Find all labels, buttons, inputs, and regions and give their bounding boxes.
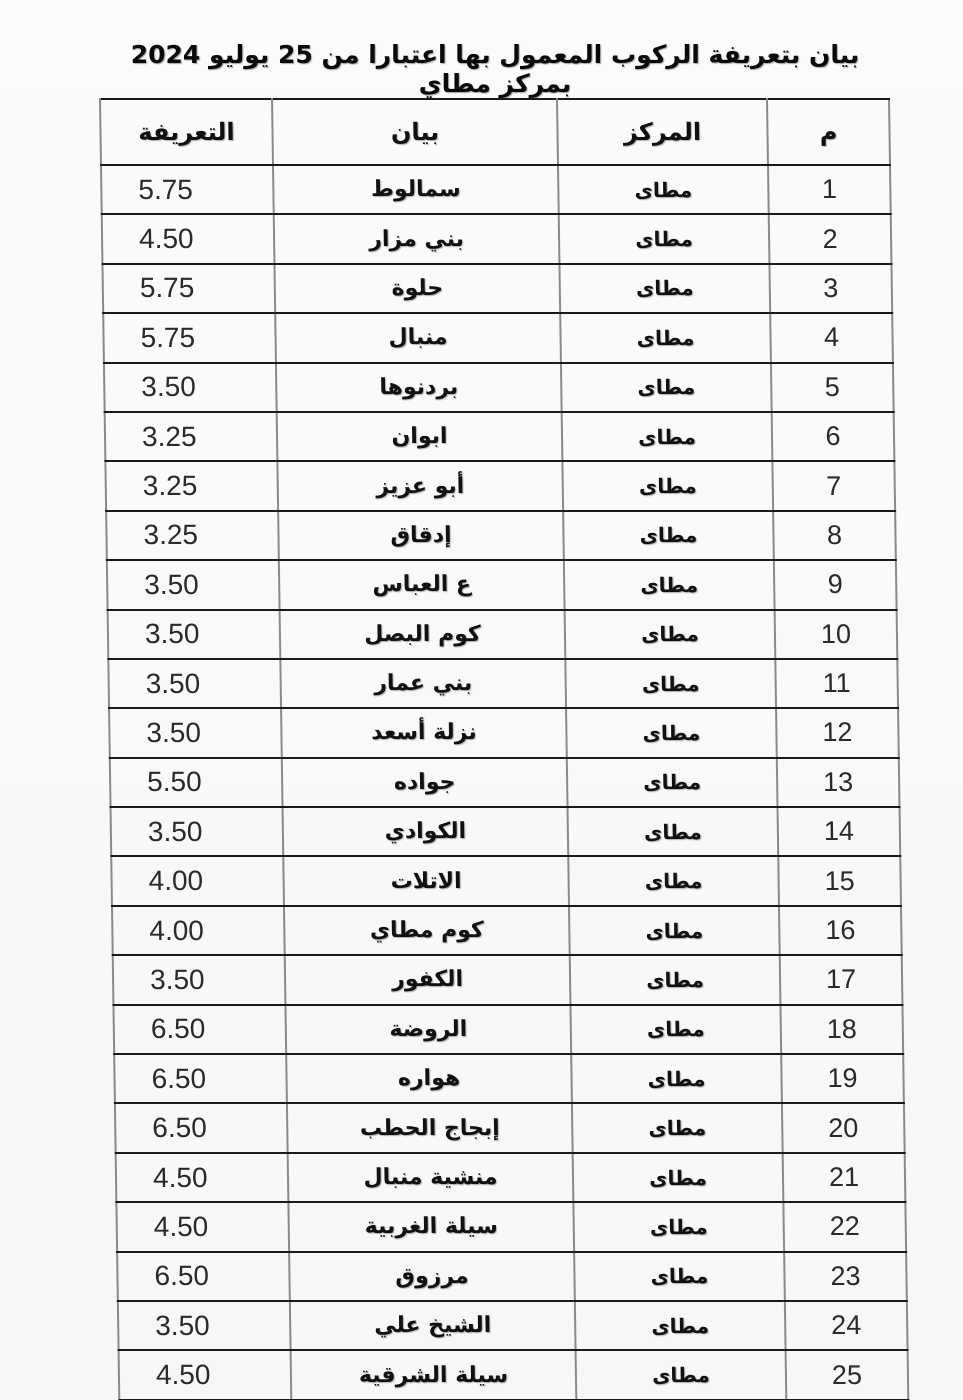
- row-statement: الكوادي: [283, 807, 569, 856]
- row-fare: 3.25: [105, 412, 278, 461]
- row-statement: هواره: [286, 1054, 572, 1103]
- row-statement: كوم مطاي: [284, 906, 570, 955]
- row-center: مطاى: [571, 1054, 782, 1103]
- table-row: 3مطاىحلوة5.75: [102, 264, 892, 313]
- row-index: 10: [775, 610, 898, 659]
- row-center: مطاى: [565, 610, 776, 659]
- row-index: 24: [785, 1301, 908, 1350]
- table-row: 10مطاىكوم البصل3.50: [108, 610, 898, 659]
- row-index: 23: [784, 1252, 907, 1301]
- row-statement: حلوة: [274, 264, 560, 313]
- row-center: مطاى: [564, 560, 775, 609]
- row-index: 15: [778, 856, 901, 905]
- row-statement: سيلة الشرقية: [291, 1350, 577, 1399]
- row-statement: بني عمار: [280, 659, 566, 708]
- row-center: مطاى: [560, 313, 771, 362]
- row-fare: 6.50: [113, 1005, 286, 1054]
- table-row: 11مطاىبني عمار3.50: [108, 659, 898, 708]
- row-center: مطاى: [570, 955, 781, 1004]
- header-index: م: [767, 99, 890, 165]
- row-statement: إدقاق: [278, 511, 564, 560]
- row-fare: 3.50: [104, 363, 277, 412]
- table-row: 4مطاىمنبال5.75: [103, 313, 893, 362]
- row-center: مطاى: [562, 412, 773, 461]
- row-center: مطاى: [572, 1103, 783, 1152]
- row-index: 4: [770, 313, 893, 362]
- row-center: مطاى: [566, 708, 777, 757]
- row-index: 18: [780, 1005, 903, 1054]
- table-row: 2مطاىبني مزار4.50: [102, 214, 892, 263]
- row-center: مطاى: [570, 1005, 781, 1054]
- table-row: 7مطاىأبو عزيز3.25: [105, 461, 895, 510]
- row-center: مطاى: [562, 461, 773, 510]
- row-center: مطاى: [565, 659, 776, 708]
- row-statement: بردنوها: [276, 363, 562, 412]
- row-statement: سمالوط: [273, 165, 559, 214]
- row-statement: إبجاج الحطب: [287, 1103, 573, 1152]
- row-index: 25: [786, 1350, 909, 1399]
- header-fare: التعريفة: [100, 99, 273, 165]
- row-center: مطاى: [568, 856, 779, 905]
- header-row: م المركز بيان التعريفة: [100, 99, 890, 165]
- table-row: 23مطاىمرزوق6.50: [117, 1252, 907, 1301]
- row-statement: كوم البصل: [280, 610, 566, 659]
- row-statement: أبو عزيز: [277, 461, 563, 510]
- row-fare: 6.50: [114, 1054, 287, 1103]
- table-row: 15مطاىالاتلات4.00: [111, 856, 901, 905]
- row-center: مطاى: [575, 1301, 786, 1350]
- table-row: 25مطاىسيلة الشرقية4.50: [119, 1350, 909, 1399]
- row-center: مطاى: [559, 264, 770, 313]
- row-index: 6: [772, 412, 895, 461]
- row-fare: 3.50: [109, 708, 282, 757]
- table-row: 13مطاىجواده5.50: [110, 758, 900, 807]
- row-fare: 4.50: [116, 1202, 289, 1251]
- row-index: 19: [781, 1054, 904, 1103]
- row-fare: 5.75: [103, 313, 276, 362]
- table-row: 16مطاىكوم مطاي4.00: [112, 906, 902, 955]
- row-index: 12: [776, 708, 899, 757]
- row-center: مطاى: [559, 214, 770, 263]
- table-row: 19مطاىهواره6.50: [114, 1054, 904, 1103]
- row-statement: الشيخ علي: [290, 1301, 576, 1350]
- row-statement: الكفور: [285, 955, 571, 1004]
- row-fare: 3.50: [113, 955, 286, 1004]
- table-body: 1مطاىسمالوط5.752مطاىبني مزار4.503مطاىحلو…: [101, 165, 908, 1400]
- row-index: 3: [769, 264, 892, 313]
- tariff-table-container: م المركز بيان التعريفة 1مطاىسمالوط5.752م…: [99, 98, 907, 1400]
- row-statement: منبال: [275, 313, 561, 362]
- table-header: م المركز بيان التعريفة: [100, 99, 890, 165]
- row-fare: 4.50: [102, 214, 275, 263]
- row-fare: 3.25: [106, 511, 279, 560]
- row-center: مطاى: [569, 906, 780, 955]
- table-row: 20مطاىإبجاج الحطب6.50: [115, 1103, 905, 1152]
- row-statement: الروضة: [285, 1005, 571, 1054]
- row-index: 20: [782, 1103, 905, 1152]
- table-row: 12مطاىنزلة أسعد3.50: [109, 708, 899, 757]
- table-row: 24مطاىالشيخ علي3.50: [118, 1301, 908, 1350]
- row-fare: 3.50: [108, 659, 281, 708]
- table-row: 6مطاىابوان3.25: [105, 412, 895, 461]
- row-fare: 3.50: [108, 610, 281, 659]
- row-fare: 6.50: [115, 1103, 288, 1152]
- row-center: مطاى: [573, 1153, 784, 1202]
- row-center: مطاى: [558, 165, 769, 214]
- table-row: 8مطاىإدقاق3.25: [106, 511, 896, 560]
- row-statement: ع العباس: [279, 560, 565, 609]
- row-index: 22: [783, 1202, 906, 1251]
- row-index: 17: [780, 955, 903, 1004]
- row-fare: 4.00: [112, 906, 285, 955]
- row-index: 21: [783, 1153, 906, 1202]
- row-statement: نزلة أسعد: [281, 708, 567, 757]
- row-index: 11: [775, 659, 898, 708]
- table-row: 22مطاىسيلة الغربية4.50: [116, 1202, 906, 1251]
- row-statement: جواده: [282, 758, 568, 807]
- row-fare: 4.00: [111, 856, 284, 905]
- row-statement: منشية منبال: [288, 1153, 574, 1202]
- header-statement: بيان: [272, 99, 558, 165]
- row-fare: 5.75: [101, 165, 274, 214]
- row-fare: 4.50: [119, 1350, 292, 1399]
- document-title: بيان بتعريفة الركوب المعمول بها اعتبارا …: [100, 40, 890, 98]
- row-fare: 3.25: [105, 461, 278, 510]
- row-fare: 3.50: [118, 1301, 291, 1350]
- row-index: 16: [779, 906, 902, 955]
- row-center: مطاى: [573, 1202, 784, 1251]
- row-fare: 6.50: [117, 1252, 290, 1301]
- row-fare: 5.50: [110, 758, 283, 807]
- table-row: 1مطاىسمالوط5.75: [101, 165, 891, 214]
- table-row: 18مطاىالروضة6.50: [113, 1005, 903, 1054]
- row-index: 9: [774, 560, 897, 609]
- row-center: مطاى: [567, 758, 778, 807]
- row-center: مطاى: [576, 1350, 787, 1399]
- row-statement: بني مزار: [274, 214, 560, 263]
- table-row: 17مطاىالكفور3.50: [113, 955, 903, 1004]
- row-index: 14: [778, 807, 901, 856]
- row-statement: الاتلات: [283, 856, 569, 905]
- tariff-table: م المركز بيان التعريفة 1مطاىسمالوط5.752م…: [99, 98, 909, 1400]
- row-statement: سيلة الغربية: [288, 1202, 574, 1251]
- table-row: 9مطاىع العباس3.50: [107, 560, 897, 609]
- row-center: مطاى: [574, 1252, 785, 1301]
- row-fare: 3.50: [107, 560, 280, 609]
- row-index: 2: [769, 214, 892, 263]
- row-center: مطاى: [568, 807, 779, 856]
- row-center: مطاى: [561, 363, 772, 412]
- table-row: 21مطاىمنشية منبال4.50: [116, 1153, 906, 1202]
- row-index: 5: [771, 363, 894, 412]
- row-statement: ابوان: [277, 412, 563, 461]
- table-row: 5مطاىبردنوها3.50: [104, 363, 894, 412]
- row-index: 8: [773, 511, 896, 560]
- table-row: 14مطاىالكوادي3.50: [111, 807, 901, 856]
- row-fare: 3.50: [111, 807, 284, 856]
- row-fare: 5.75: [102, 264, 275, 313]
- row-fare: 4.50: [116, 1153, 289, 1202]
- row-center: مطاى: [563, 511, 774, 560]
- row-index: 1: [768, 165, 891, 214]
- header-center: المركز: [557, 99, 768, 165]
- scanned-page: بيان بتعريفة الركوب المعمول بها اعتبارا …: [0, 0, 963, 1400]
- row-statement: مرزوق: [289, 1252, 575, 1301]
- row-index: 7: [772, 461, 895, 510]
- row-index: 13: [777, 758, 900, 807]
